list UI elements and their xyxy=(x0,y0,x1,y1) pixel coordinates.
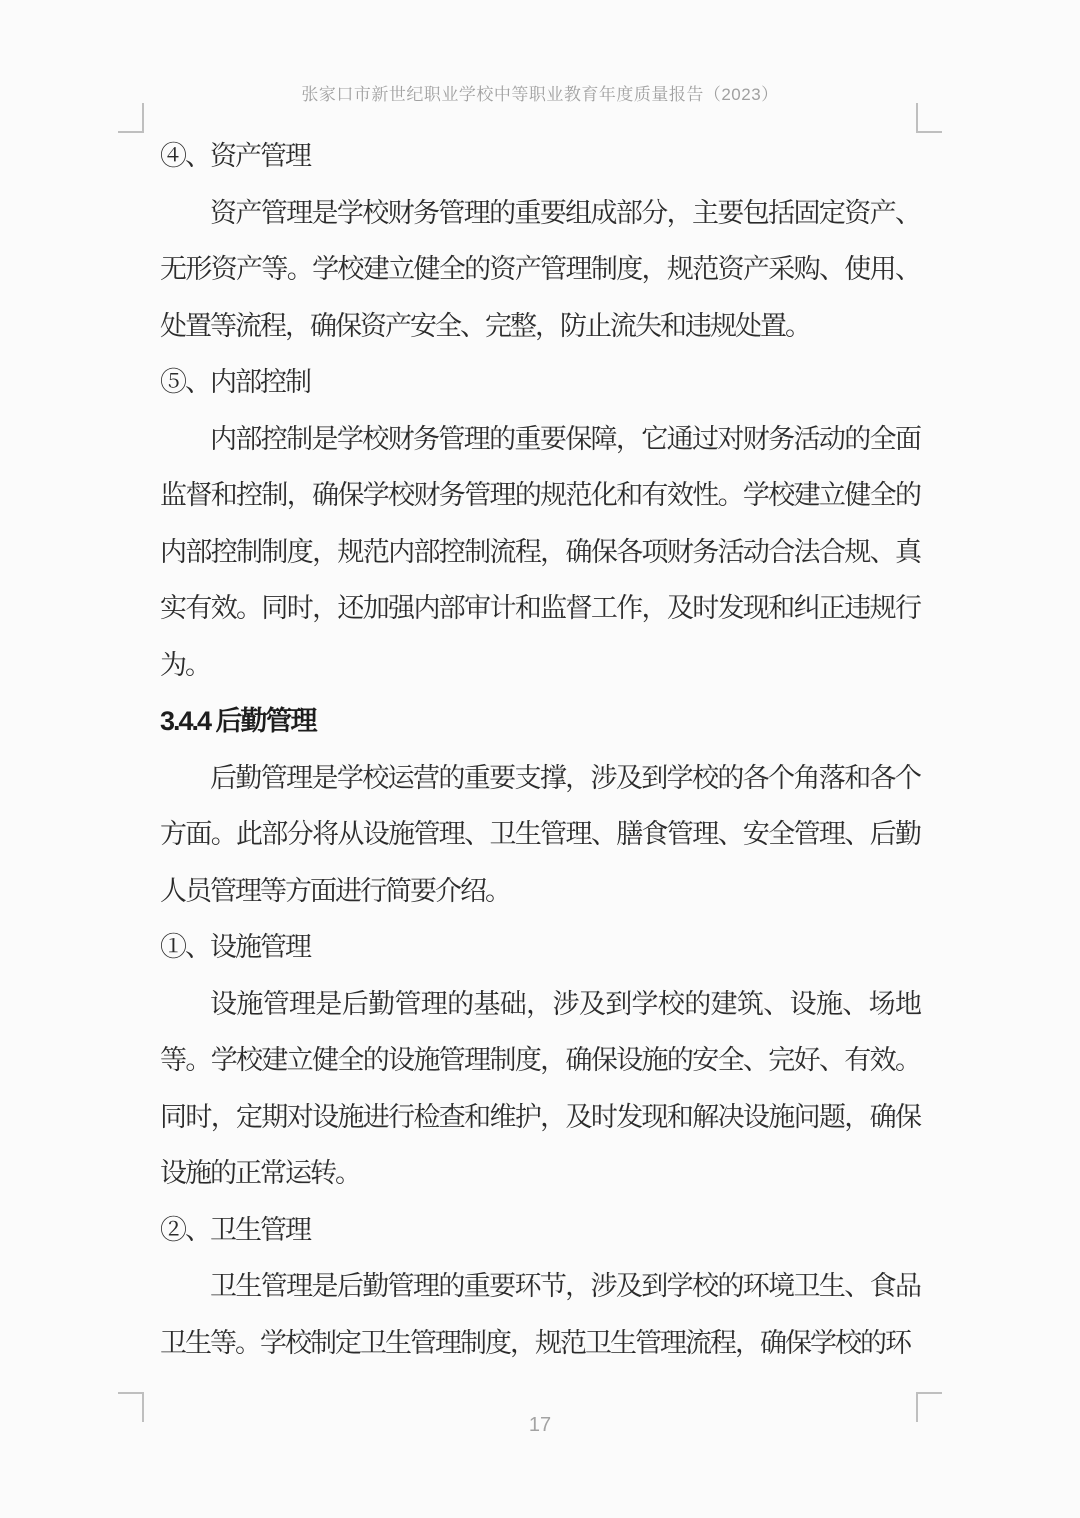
document-page: 张家口市新世纪职业学校中等职业教育年度质量报告（2023） ④、资产管理资产管理… xyxy=(0,0,1080,1518)
margin-crop-mark-top-left xyxy=(118,103,144,133)
running-header: 张家口市新世纪职业学校中等职业教育年度质量报告（2023） xyxy=(0,80,1080,105)
item-heading: ①、设施管理 xyxy=(160,919,920,976)
body-paragraph: 内部控制是学校财务管理的重要保障，它通过对财务活动的全面监督和控制，确保学校财务… xyxy=(160,411,920,694)
body-paragraph: 设施管理是后勤管理的基础，涉及到学校的建筑、设施、场地等。学校建立健全的设施管理… xyxy=(160,976,920,1202)
document-body: ④、资产管理资产管理是学校财务管理的重要组成部分，主要包括固定资产、无形资产等。… xyxy=(160,128,920,1371)
page-number: 17 xyxy=(0,1414,1080,1437)
item-heading: ④、资产管理 xyxy=(160,128,920,185)
item-heading: ⑤、内部控制 xyxy=(160,354,920,411)
section-heading: 3.4.4 后勤管理 xyxy=(160,693,920,750)
item-heading: ②、卫生管理 xyxy=(160,1202,920,1259)
body-paragraph: 卫生管理是后勤管理的重要环节，涉及到学校的环境卫生、食品卫生等。学校制定卫生管理… xyxy=(160,1258,920,1371)
body-paragraph: 后勤管理是学校运营的重要支撑，涉及到学校的各个角落和各个方面。此部分将从设施管理… xyxy=(160,750,920,920)
body-paragraph: 资产管理是学校财务管理的重要组成部分，主要包括固定资产、无形资产等。学校建立健全… xyxy=(160,185,920,355)
